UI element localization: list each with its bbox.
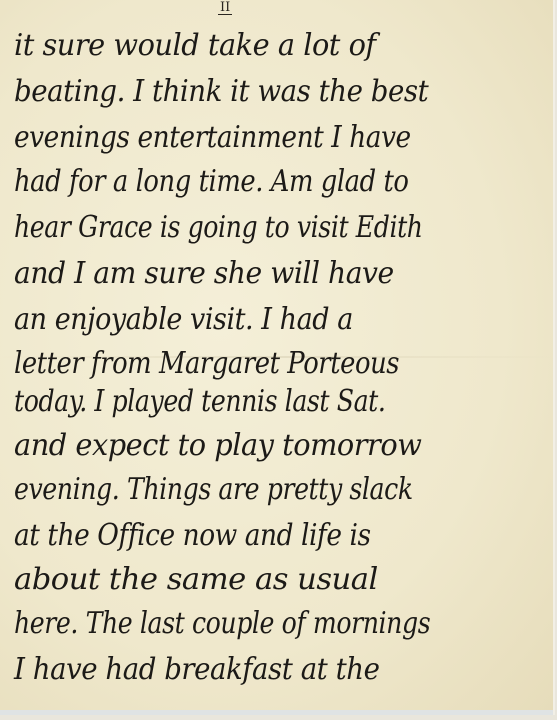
handwritten-line: letter from Margaret Porteous	[14, 346, 399, 381]
handwritten-line: evenings entertainment I have	[14, 120, 411, 155]
handwritten-line: beating. I think it was the best	[14, 74, 428, 109]
handwritten-line: an enjoyable visit. I had a	[14, 302, 353, 337]
handwritten-line: evening. Things are pretty slack	[14, 472, 413, 507]
handwritten-line: I have had breakfast at the	[14, 652, 379, 687]
handwritten-line: here. The last couple of mornings	[14, 606, 430, 641]
handwritten-line: and expect to play tomorrow	[14, 428, 421, 463]
handwritten-line: it sure would take a lot of	[14, 28, 376, 63]
page-number: II	[218, 2, 232, 15]
handwritten-line: at the Office now and life is	[14, 518, 371, 553]
handwritten-line: and I am sure she will have	[14, 256, 394, 291]
scan-edge	[0, 710, 553, 715]
handwritten-line: today. I played tennis last Sat.	[14, 384, 385, 419]
letter-page: II it sure would take a lot of beating. …	[0, 0, 555, 715]
handwritten-line: about the same as usual	[14, 562, 378, 597]
handwritten-line: hear Grace is going to visit Edith	[14, 210, 423, 245]
handwritten-line: had for a long time. Am glad to	[14, 164, 409, 199]
